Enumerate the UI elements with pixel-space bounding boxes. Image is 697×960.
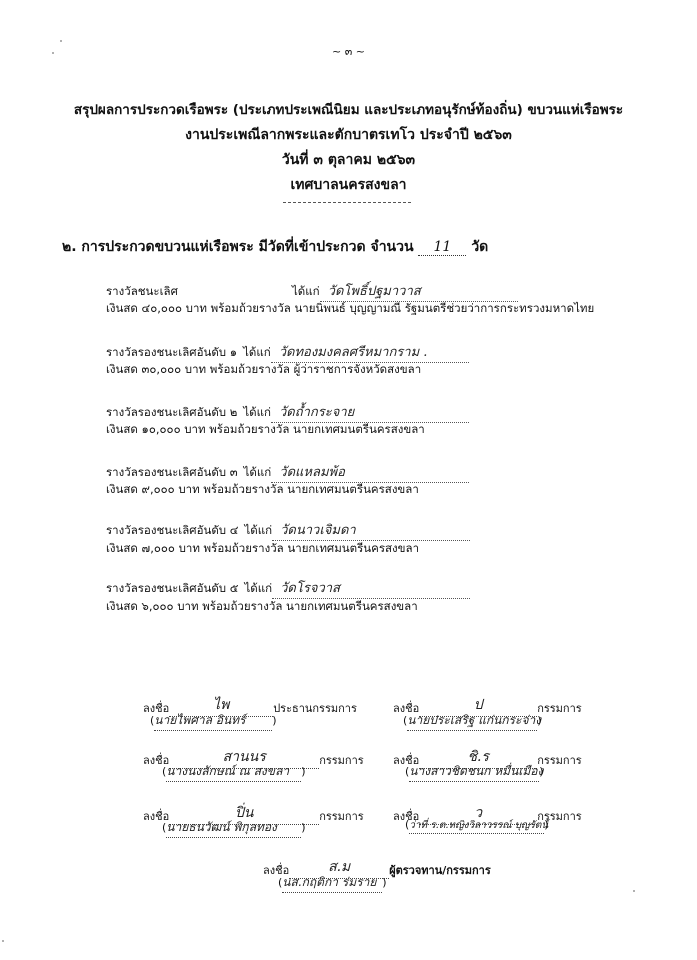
signatory-name: (นางสาวชิดชนก หมื่นเมือง): [405, 762, 544, 782]
award-got-label: ได้แก่: [244, 580, 272, 598]
award-winner-line: รางวัลรองชนะเลิศอันดับ ๑ได้แก่วัดทองมงคล…: [106, 341, 469, 363]
signatory-name: (ว่าที่ ร.ต.หญิงวิลาวรรณ์ บุญรัตน์): [405, 818, 549, 834]
section-heading: ๒. การประกวดขบวนแห่เรือพระ มีวัดที่เข้าป…: [62, 236, 488, 258]
section-prefix: ๒. การประกวดขบวนแห่เรือพระ มีวัดที่เข้าป…: [62, 239, 414, 255]
award-winner-handwritten: วัดนาวเจิมดา: [272, 519, 470, 541]
document-title-line2: งานประเพณีลากพระและตักบาตรเทโว ประจำปี ๒…: [0, 124, 697, 146]
signature-role: ผู้ตรวจทาน/กรรมการ: [389, 864, 491, 877]
award-winner-line: รางวัลชนะเลิศได้แก่วัดโพธิ์ปฐมาวาส: [106, 280, 518, 302]
signatory-name: (นายไพศาล อินทร์): [150, 711, 277, 731]
award-label: รางวัลรองชนะเลิศอันดับ ๑: [106, 344, 237, 362]
award-got-label: ได้แก่: [244, 464, 272, 482]
section-suffix: วัด: [471, 239, 488, 255]
award-prize: เงินสด ๗,๐๐๐ บาท พร้อมถ้วยรางวัล นายกเทศ…: [106, 540, 419, 558]
award-winner-line: รางวัลรองชนะเลิศอันดับ ๔ได้แก่วัดนาวเจิม…: [106, 519, 470, 541]
award-label: รางวัลรองชนะเลิศอันดับ ๒: [106, 404, 237, 422]
award-prize: เงินสด ๑๐,๐๐๐ บาท พร้อมถ้วยรางวัล นายกเท…: [106, 421, 425, 439]
scan-speck: [52, 52, 54, 54]
scan-speck: [2, 940, 4, 942]
award-winner-handwritten: วัดถ้ำกระจาย: [271, 401, 469, 423]
award-prize: เงินสด ๖,๐๐๐ บาท พร้อมถ้วยรางวัล นายกเทศ…: [106, 598, 418, 616]
signature-role: กรรมการ: [537, 702, 581, 715]
award-winner-handwritten: วัดโรจวาส: [272, 577, 470, 599]
award-winner-line: รางวัลรองชนะเลิศอันดับ ๒ได้แก่วัดถ้ำกระจ…: [106, 401, 469, 423]
title-divider: [283, 202, 411, 203]
signatory-name: (นส.กฤติกา ร่มราย): [278, 873, 387, 893]
award-prize: เงินสด ๓๐,๐๐๐ บาท พร้อมถ้วยรางวัล ผู้ว่า…: [106, 361, 421, 379]
scan-speck: [633, 890, 635, 892]
award-prize: เงินสด ๔๐,๐๐๐ บาท พร้อมถ้วยรางวัล นายนิพ…: [106, 300, 594, 318]
award-got-label: ได้แก่: [243, 404, 271, 422]
award-winner-handwritten: วัดแหลมพ้อ: [271, 461, 469, 483]
signatory-name: (นายธนวัฒน์ พิกุลทอง): [162, 818, 306, 838]
award-winner-handwritten: วัดทองมงคลศรีหมากราม .: [271, 341, 469, 363]
award-winner-line: รางวัลรองชนะเลิศอันดับ ๓ได้แก่วัดแหลมพ้อ: [106, 461, 469, 483]
award-label: รางวัลรองชนะเลิศอันดับ ๔: [106, 522, 238, 540]
participant-count: 11: [418, 239, 466, 256]
signature-role: กรรมการ: [319, 810, 363, 823]
award-got-label: ได้แก่: [243, 344, 271, 362]
award-label: รางวัลรองชนะเลิศอันดับ ๓: [106, 464, 238, 482]
document-organization: เทศบาลนครสงขลา: [0, 174, 697, 196]
award-label: รางวัลรองชนะเลิศอันดับ ๕: [106, 580, 238, 598]
award-winner-handwritten: วัดโพธิ์ปฐมาวาส: [320, 280, 518, 302]
document-date: วันที่ ๓ ตุลาคม ๒๕๖๓: [0, 149, 697, 171]
award-winner-line: รางวัลรองชนะเลิศอันดับ ๕ได้แก่วัดโรจวาส: [106, 577, 470, 599]
scan-speck: [60, 40, 62, 42]
page-number: ~ ๓ ~: [0, 42, 697, 60]
signature-role: ประธานกรรมการ: [273, 702, 357, 715]
award-label: รางวัลชนะเลิศ: [106, 283, 286, 301]
award-prize: เงินสด ๙,๐๐๐ บาท พร้อมถ้วยรางวัล นายกเทศ…: [106, 481, 419, 499]
document-title-line1: สรุปผลการประกวดเรือพระ (ประเภทประเพณีนิย…: [0, 98, 697, 120]
signature-role: กรรมการ: [319, 754, 363, 767]
signatory-name: (นางนงลักษณ์ ณ สงขลา): [162, 762, 306, 782]
signatory-name: (นายประเสริฐ แก่นกระจ่าง): [403, 711, 542, 731]
award-got-label: ได้แก่: [292, 283, 320, 301]
award-got-label: ได้แก่: [244, 522, 272, 540]
